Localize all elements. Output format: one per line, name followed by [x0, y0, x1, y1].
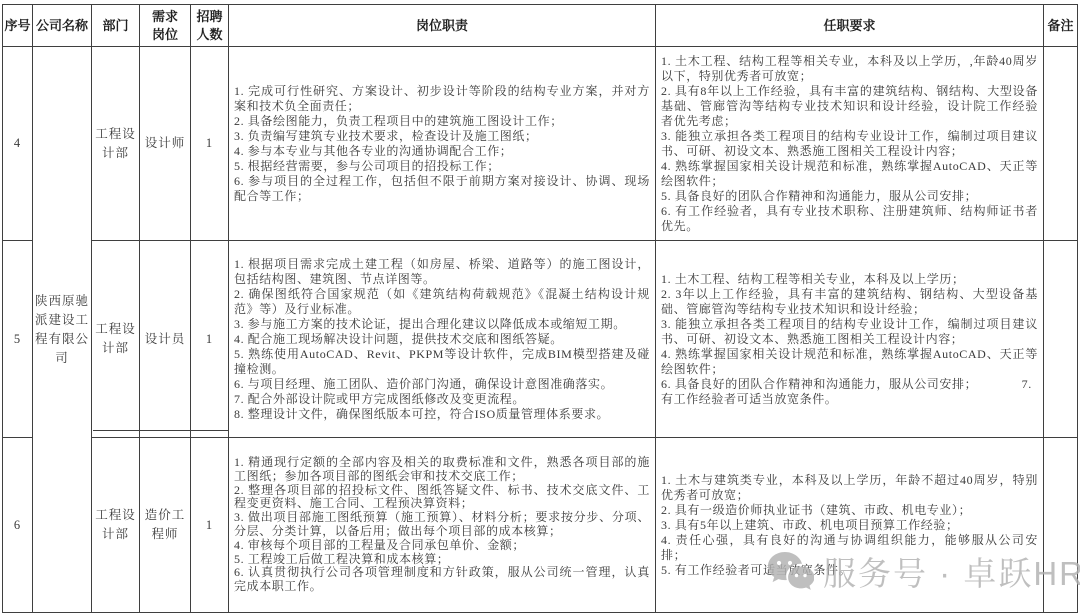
recruitment-table: 序号 公司名称 部门 需求 岗位 招聘 人数 岗位职责 任职要求 备注 4 陕西… [2, 4, 1078, 613]
header-requirements: 任职要求 [656, 5, 1044, 47]
header-duties: 岗位职责 [229, 5, 656, 47]
duties-cell: 1. 精通现行定额的全部内容及相关的取费标准和文件，熟悉各项目部的施工图纸；参加… [229, 438, 656, 613]
department-cell: 工程设计部 [92, 438, 140, 613]
header-note: 备注 [1044, 5, 1078, 47]
duties-cell: 1. 完成可行性研究、方案设计、初步设计等阶段的结构专业方案，并对方案和技术负全… [229, 47, 656, 241]
requirements-cell: 1. 土木工程、结构工程等相关专业，本科及以上学历； 2. 3年以上工作经验，具… [656, 241, 1044, 438]
position-cell: 造价工程师 [140, 438, 191, 613]
company-cell: 陕西原驰派建设工程有限公司 [33, 47, 92, 613]
header-company: 公司名称 [33, 5, 92, 47]
header-department: 部门 [92, 5, 140, 47]
position-cell: 设计员 [140, 241, 191, 438]
header-headcount: 招聘 人数 [191, 5, 229, 47]
header-position: 需求 岗位 [140, 5, 191, 47]
note-cell [1044, 241, 1078, 438]
position-cell: 设计师 [140, 47, 191, 241]
header-row: 序号 公司名称 部门 需求 岗位 招聘 人数 岗位职责 任职要求 备注 [3, 5, 1078, 47]
requirements-cell: 1. 土木与建筑类专业，本科及以上学历，年龄不超过40周岁，特别优秀者可放宽； … [656, 438, 1044, 613]
department-cell: 工程设计部 [92, 241, 140, 438]
headcount-cell: 1 [191, 438, 229, 613]
headcount-cell: 1 [191, 47, 229, 241]
seq-cell: 6 [3, 438, 33, 613]
note-cell [1044, 438, 1078, 613]
note-cell [1044, 47, 1078, 241]
seq-cell: 5 [3, 241, 33, 438]
table-row-4: 4 陕西原驰派建设工程有限公司 工程设计部 设计师 1 1. 完成可行性研究、方… [3, 47, 1078, 241]
headcount-cell: 1 [191, 241, 229, 438]
page-break-line [93, 430, 228, 431]
header-seq: 序号 [3, 5, 33, 47]
table-row-5: 5 工程设计部 设计员 1 1. 根据项目需求完成土建工程（如房屋、桥梁、道路等… [3, 241, 1078, 438]
requirements-cell: 1. 土木工程、结构工程等相关专业，本科及以上学历，,年龄40周岁以下，特别优秀… [656, 47, 1044, 241]
duties-cell: 1. 根据项目需求完成土建工程（如房屋、桥梁、道路等）的施工图设计，包括结构图、… [229, 241, 656, 438]
department-cell: 工程设计部 [92, 47, 140, 241]
recruitment-table-page: 序号 公司名称 部门 需求 岗位 招聘 人数 岗位职责 任职要求 备注 4 陕西… [0, 0, 1080, 614]
table-row-6: 6 工程设计部 造价工程师 1 1. 精通现行定额的全部内容及相关的取费标准和文… [3, 438, 1078, 613]
seq-cell: 4 [3, 47, 33, 241]
